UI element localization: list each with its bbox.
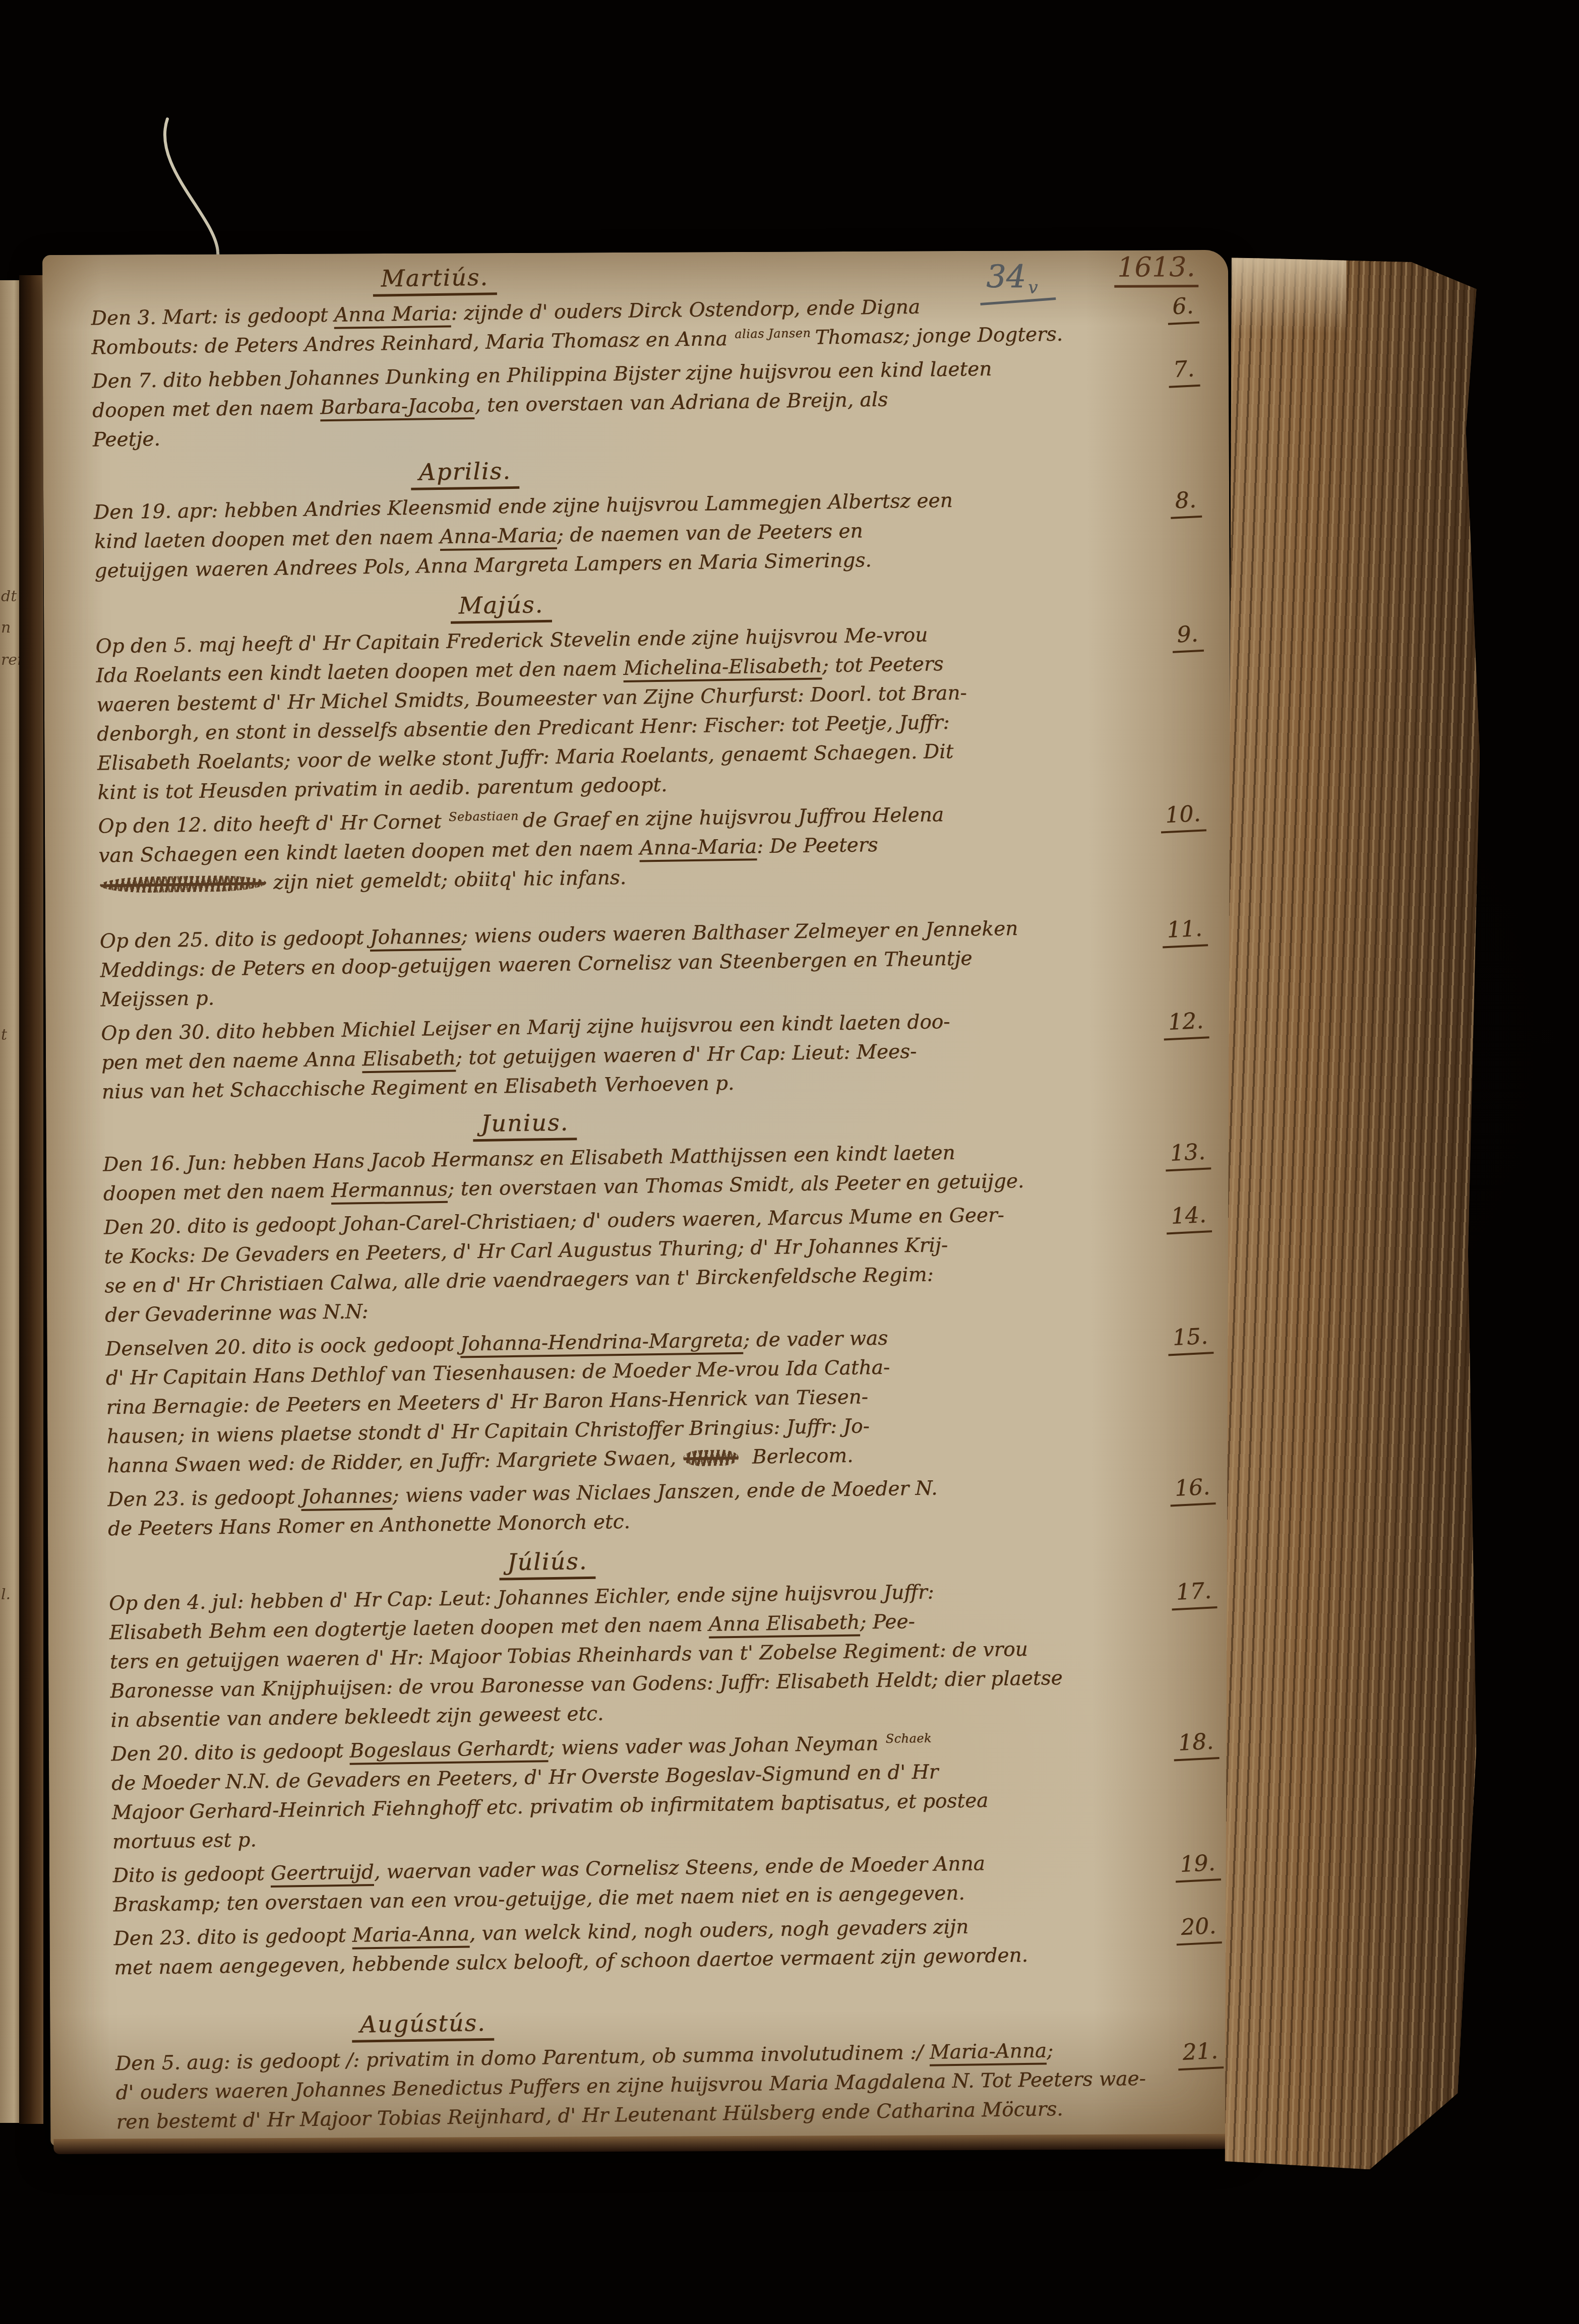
baptism-entry: Den 20. dito is gedoopt Bogeslaus Gerhar… [111,1726,1135,1857]
baptism-entry: Dito is gedoopt Geertruijd, waervan vade… [112,1847,1136,1920]
baptism-entry: Den 23. dito is gedoopt Maria-Anna, van … [113,1910,1137,1983]
text-segment: de Graef en zijne huijsvrou Juffrou Hele… [523,803,944,832]
baptism-entry: Op den 4. jul: hebben d' Hr Cap: Leut: J… [109,1575,1134,1735]
text-segment: ; tot getuijgen waeren d' Hr Cap: Lieut:… [456,1040,917,1070]
baptism-entry: Den 3. Mart: is gedoopt Anna Maria: zijn… [91,290,1114,362]
month-heading: Júliús. [499,1539,1132,1579]
text-segment: ; wiens vader was Johan Neyman [548,1732,885,1760]
baptism-entry: Op den 12. dito heeft d' Hr Cornet Sebas… [98,798,1122,900]
crossed-out-text [100,875,266,894]
text-segment: ; ten overstaen van Thomas Smidt, als Pe… [448,1170,1024,1201]
text-segment: : De Peeters [757,834,878,858]
month-heading: Augústús. [351,1999,1138,2041]
interlinear-note: Schaek [885,1731,932,1746]
month-heading-label: Majús. [450,591,552,624]
text-segment: , van welck kind, nogh ouders, nogh geva… [469,1916,969,1945]
text-segment: Den 23. is gedoopt [107,1486,301,1511]
text-segment: Den 20. dito is gedoopt [111,1740,350,1766]
cut-off-text-fragment: l. [1,1586,11,1603]
text-segment: kint is tot Heusden privatim in aedib. p… [97,774,667,804]
entry-number: 14. [1165,1200,1212,1234]
month-heading-label: Júliús. [499,1547,596,1581]
baptism-entry: Den 16. Jun: hebben Hans Jacob Hermansz … [103,1136,1126,1209]
text-segment: mortuus est p. [112,1829,257,1853]
month-heading-label: Martiús. [373,263,497,296]
facing-page-sliver: dtnrentl. [0,280,20,2123]
text-segment: nius van het Schacchische Regiment en El… [102,1072,735,1104]
entry-number: 13. [1164,1137,1211,1171]
text-segment: ; wiens vader was Niclaes Janszen, ende … [392,1477,938,1507]
entry-number: 10. [1160,799,1206,833]
baptism-entry: Den 19. apr: hebben Andries Kleensmid en… [93,484,1117,586]
underlined-name: Johanna-Hendrina-Margreta [460,1329,743,1358]
month-heading-label: Aprilis. [410,457,519,490]
underlined-name: Geertruijd [271,1861,375,1888]
interlinear-note: Sebastiaen [449,809,519,824]
text-segment: Rombouts: de Peters Andres Reinhard, Mar… [91,328,734,359]
cut-off-text-fragment: ren [1,651,20,669]
month-heading-label: Augústús. [351,2009,494,2043]
underlined-name: Michelina-Elisabeth [623,654,822,682]
cut-off-text-fragment: n [1,619,11,637]
month-section: Aprilis.Den 19. apr: hebben Andries Klee… [93,448,1117,586]
month-section: Majús.Op den 5. maj heeft d' Hr Capitain… [95,582,1125,1107]
underlined-name: Johannes [301,1484,393,1511]
underlined-name: Bogeslaus Gerhardt [349,1737,549,1765]
text-segment: Berlecom. [746,1444,854,1469]
cut-off-text-fragment: t [1,1026,7,1044]
entry-number: 20. [1175,1911,1222,1945]
text-segment: Dito is gedoopt [112,1862,271,1887]
entry-number: 6. [1167,291,1199,325]
book-fore-edge [1225,258,1481,2170]
underlined-name: Anna-Maria [639,835,757,862]
text-segment: hanna Swaen wed: de Ridder, en Juffr: Ma… [107,1447,683,1477]
text-segment: ; Pee- [860,1610,915,1634]
manuscript-scan: dtnrentl. 34v 1613. Martiús.Den 3. Mart:… [0,0,1579,2324]
text-segment: in absentie van andere bekleedt zijn gew… [110,1703,604,1732]
text-segment: Meijssen p. [100,987,214,1011]
baptism-entry: Denselven 20. dito is oock gedoopt Johan… [105,1321,1130,1481]
month-heading: Aprilis. [410,448,1116,489]
underlined-name: Barbara-Jacoba [320,394,475,421]
text-segment: doopen met den naem [92,396,321,422]
underlined-name: Johannes [370,925,462,952]
month-heading-label: Junius. [473,1108,577,1142]
underlined-name: Anna Elisabeth [708,1611,860,1639]
underlined-name: Maria-Anna [352,1922,469,1949]
month-heading: Martiús. [373,254,1114,295]
text-segment: Ida Roelants een kindt laeten doopen met… [96,657,623,687]
baptism-entry: Op den 30. dito hebben Michiel Leijser e… [101,1005,1125,1107]
underlined-name: Elisabeth [362,1047,456,1074]
text-segment: doopen met den naem [103,1179,331,1205]
cut-off-text-fragment: dt [1,588,17,605]
baptism-entry: Op den 5. maj heeft d' Hr Capitain Frede… [95,618,1121,807]
entry-number: 9. [1171,619,1204,653]
text-segment: Peetje. [93,428,161,452]
month-heading: Majús. [450,582,1118,622]
text-segment: Den 23. dito is gedoopt [113,1924,352,1951]
text-segment: ; wiens ouders waeren Balthaser Zelmeyer… [461,917,1018,948]
text-segment: Den 3. Mart: is gedoopt [91,304,334,330]
binding-gutter [19,275,43,2124]
underlined-name: Anna-Maria [440,524,557,551]
text-segment: van Schaegen een kindt laeten doopen met… [98,837,640,867]
baptism-entry: Op den 25. dito is gedoopt Johannes; wie… [99,913,1123,1015]
text-segment: ; de naemen van de Peeters en [557,520,863,546]
register-page: 34v 1613. Martiús.Den 3. Mart: is gedoop… [42,250,1236,2146]
text-segment: ; [1047,2039,1054,2062]
text-segment: Thomasz; jonge Dogters. [815,323,1063,349]
baptism-entry: Den 7. dito hebben Johannes Dunking en P… [92,353,1116,455]
text-segment: der Gevaderinne was N.N: [105,1300,369,1327]
entry-number: 21. [1177,2036,1224,2070]
baptism-entry: Den 5. aug: is gedoopt /: privatim in do… [115,2035,1139,2137]
interlinear-note: alias Jansen [735,326,811,341]
entry-number: 19. [1174,1848,1221,1882]
entry-number: 18. [1173,1727,1220,1761]
text-segment: ; de vader was [743,1327,888,1352]
month-section: Júliús.Op den 4. jul: hebben d' Hr Cap: … [108,1539,1137,1983]
text-segment: pen met den naeme Anna [101,1048,362,1074]
text-segment: zijn niet gemeldt; obiitq' hic infans. [273,866,626,894]
text-segment: Op den 12. dito heeft d' Hr Cornet [98,810,448,838]
text-segment: Elisabeth Behm een dogtertje laeten doop… [109,1613,709,1645]
text-segment: de Peeters Hans Romer en Anthonette Mono… [108,1511,630,1540]
text-segment: , waervan vader was Cornelisz Steens, en… [374,1852,985,1883]
baptism-entry: Den 23. is gedoopt Johannes; wiens vader… [107,1471,1131,1544]
underlined-name: Maria-Anna [929,2039,1047,2066]
text-segment: Denselven 20. dito is oock gedoopt [105,1333,460,1361]
text-segment: , ten overstaen van Adriana de Breijn, a… [474,389,888,417]
text-segment: Op den 25. dito is gedoopt [99,926,370,953]
month-section: Martiús.Den 3. Mart: is gedoopt Anna Mar… [90,254,1116,455]
month-heading: Junius. [472,1100,1125,1140]
entry-number: 12. [1163,1006,1209,1040]
entry-number: 17. [1171,1576,1218,1610]
entry-number: 8. [1169,485,1202,519]
entry-number: 7. [1168,354,1200,388]
text-segment: kind laeten doopen met den naem [94,526,440,553]
month-section: Augústús.Den 5. aug: is gedoopt /: priva… [114,1999,1139,2137]
entry-number: 11. [1161,914,1208,948]
crossed-out-text [683,1450,739,1467]
month-section: Junius.Den 16. Jun: hebben Hans Jacob He… [102,1100,1131,1544]
register-content: Martiús.Den 3. Mart: is gedoopt Anna Mar… [90,254,1139,2137]
year-number: 1613. [1114,251,1198,288]
entry-number: 15. [1167,1322,1213,1356]
underlined-name: Hermannus [331,1178,448,1205]
text-segment: : zijnde d' ouders Dirck Ostendorp, ende… [451,296,920,325]
entry-number: 16. [1169,1472,1216,1506]
underlined-name: Anna Maria [334,302,451,329]
baptism-entry: Den 20. dito is gedoopt Johan-Carel-Chri… [103,1199,1128,1330]
text-segment: ; tot Peeters [822,653,943,677]
